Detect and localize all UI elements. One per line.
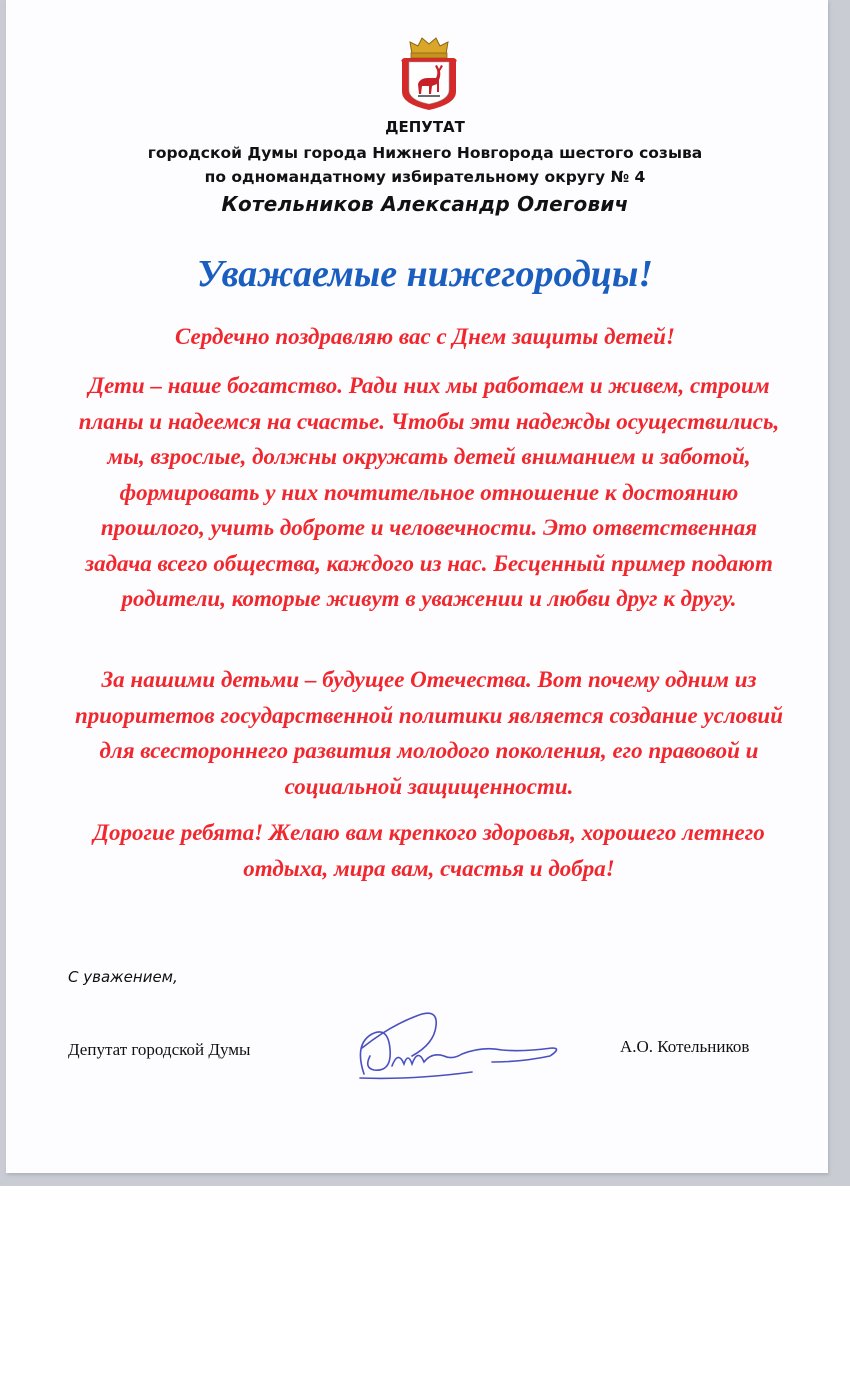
body-paragraph: Дорогие ребята! Желаю вам крепкого здоро… bbox=[66, 815, 792, 886]
greeting-heading: Уважаемые нижегородцы! bbox=[0, 252, 850, 296]
body-paragraph: За нашими детьми – будущее Отечества. Во… bbox=[66, 662, 792, 804]
coat-of-arms-icon bbox=[396, 34, 462, 112]
header-council-line: городской Думы города Нижнего Новгорода … bbox=[0, 144, 850, 162]
deputy-name: Котельников Александр Олегович bbox=[0, 192, 850, 216]
header-district-line: по одномандатному избирательному округу … bbox=[0, 168, 850, 186]
handwritten-signature-icon bbox=[352, 1004, 562, 1084]
closing-phrase: С уважением, bbox=[68, 968, 178, 986]
header-title: ДЕПУТАТ bbox=[0, 118, 850, 136]
body-paragraph: Дети – наше богатство. Ради них мы работ… bbox=[66, 368, 792, 617]
signatory-title: Депутат городской Думы bbox=[68, 1040, 250, 1060]
signatory-name: А.О. Котельников bbox=[620, 1037, 749, 1057]
intro-line: Сердечно поздравляю вас с Днем защиты де… bbox=[0, 324, 850, 350]
